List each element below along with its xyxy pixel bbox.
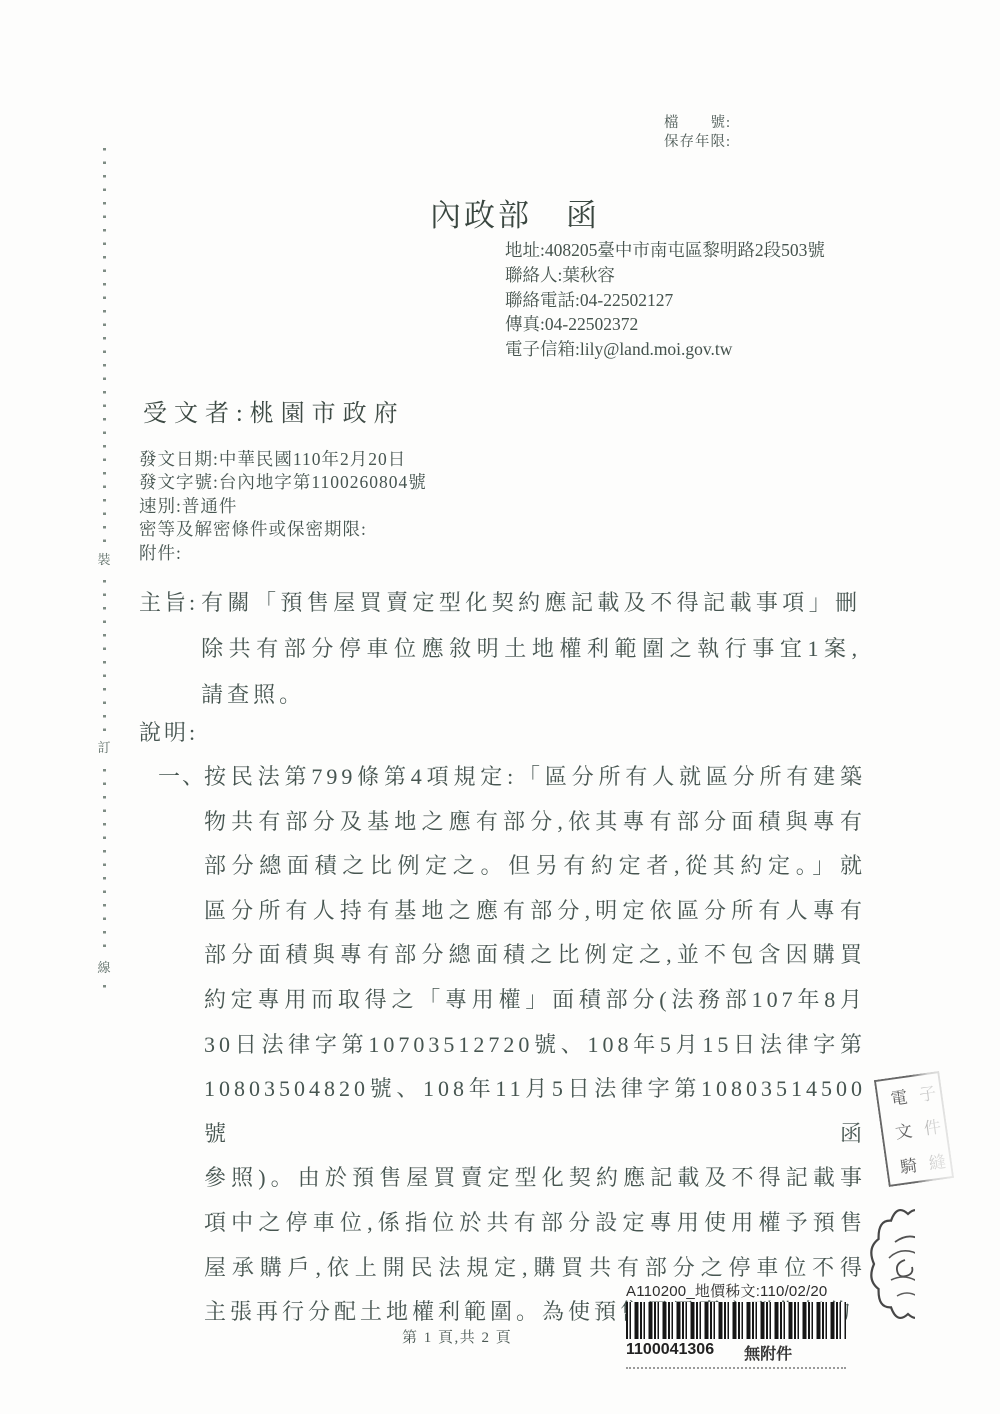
security-class: 密等及解密條件或保密期限: — [139, 518, 427, 541]
document-title: 內政部 函 — [430, 190, 600, 235]
issue-date: 發文日期:中華民國110年2月20日 — [139, 448, 427, 471]
binding-char-zhuang: 裝 — [97, 546, 111, 571]
sender-address: 地址:408205臺中市南屯區黎明路2段503號 — [505, 238, 850, 263]
subject-text: 有關「預售屋買賣定型化契約應記載及不得記載事項」刪除共有部分停車位應敘明土地權利… — [201, 580, 861, 718]
stamp-row-3: 騎縫 — [886, 1147, 951, 1180]
binding-margin: 裝 訂 線 — [97, 148, 111, 996]
barcode-number: 1100041306 — [626, 1341, 714, 1364]
attachment-line: 附件: — [139, 542, 427, 565]
stamp-row-1: 電子 — [877, 1078, 942, 1111]
doc-number: 發文字號:台內地字第1100260804號 — [139, 471, 427, 494]
barcode-block: A110200_地價秭文:110/02/20 1100041306 無附件 — [626, 1280, 846, 1369]
archive-number-label: 檔 號: — [664, 114, 731, 133]
binding-char-xian: 線 — [97, 954, 111, 979]
binding-char-ding: 訂 — [97, 734, 111, 759]
official-letter-page: 檔 號: 保存年限: 內政部 函 地址:408205臺中市南屯區黎明路2段503… — [0, 0, 1000, 1414]
barcode-label: A110200_地價秭文:110/02/20 — [626, 1280, 846, 1301]
sender-fax: 傳真:04-22502372 — [505, 312, 850, 337]
sender-info: 地址:408205臺中市南屯區黎明路2段503號 聯絡人:葉秋容 聯絡電話:04… — [505, 238, 850, 362]
sender-contact-person: 聯絡人:葉秋容 — [505, 263, 850, 288]
stamp-row-2: 文件 — [882, 1112, 947, 1145]
electronic-exchange-stamp: 電子 文件 騎縫 — [874, 1071, 954, 1187]
recipient-line: 受文者:桃園市政府 — [143, 393, 405, 428]
explanation-item-1: 一、 按民法第799條第4項規定:「區分所有人就區分所有建築物共有部分及基地之應… — [158, 755, 866, 1335]
sender-email: 電子信箱:lily@land.moi.gov.tw — [505, 337, 850, 362]
scalloped-seal-icon — [869, 1208, 947, 1320]
item-marker: 一、 — [158, 755, 204, 800]
speed-class: 速別:普通件 — [139, 495, 427, 518]
retention-period-label: 保存年限: — [664, 133, 731, 152]
document-meta: 發文日期:中華民國110年2月20日 發文字號:台內地字第1100260804號… — [139, 448, 427, 565]
archive-header: 檔 號: 保存年限: — [664, 114, 731, 152]
subject-label: 主旨: — [139, 580, 198, 626]
barcode-image — [626, 1302, 846, 1339]
sender-phone: 聯絡電話:04-22502127 — [505, 288, 850, 313]
page-number-info: 第 1 頁,共 2 頁 — [402, 1326, 512, 1347]
no-attachment-note: 無附件 — [744, 1341, 792, 1364]
binding-dotted-line — [103, 148, 106, 996]
seal-stamp — [869, 1208, 947, 1325]
explanation-label: 說明: — [139, 716, 198, 747]
barcode-number-row: 1100041306 無附件 — [626, 1341, 846, 1369]
item-text: 按民法第799條第4項規定:「區分所有人就區分所有建築物共有部分及基地之應有部分… — [204, 755, 866, 1335]
subject-section: 主旨: 有關「預售屋買賣定型化契約應記載及不得記載事項」刪除共有部分停車位應敘明… — [139, 580, 861, 718]
